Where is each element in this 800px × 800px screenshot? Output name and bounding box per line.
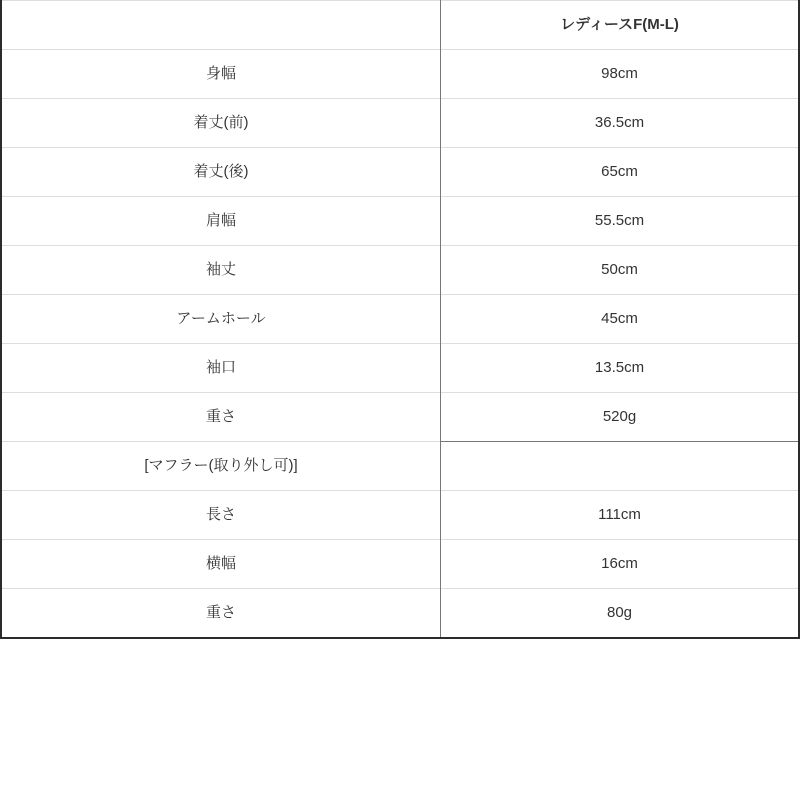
size-chart-page: レディースF(M-L) 身幅98cm着丈(前)36.5cm着丈(後)65cm肩幅… [0,0,800,639]
measurement-label: 袖口 [1,344,441,393]
measurement-value: 50cm [441,246,800,295]
measurement-value: 65cm [441,148,800,197]
measurement-label: 長さ [1,491,441,540]
measurement-value: 45cm [441,295,800,344]
measurement-label: 着丈(前) [1,99,441,148]
table-row: 長さ111cm [1,491,799,540]
measurement-value: 98cm [441,50,800,99]
table-row: 着丈(後)65cm [1,148,799,197]
size-spec-table: レディースF(M-L) 身幅98cm着丈(前)36.5cm着丈(後)65cm肩幅… [0,0,800,639]
measurement-value: 13.5cm [441,344,800,393]
table-row: アームホール45cm [1,295,799,344]
measurement-label: 着丈(後) [1,148,441,197]
measurement-value: 36.5cm [441,99,800,148]
measurement-label: 重さ [1,393,441,442]
table-row: 袖口13.5cm [1,344,799,393]
table-section-row: [マフラー(取り外し可)] [1,442,799,491]
measurement-label: 肩幅 [1,197,441,246]
measurement-label: 身幅 [1,50,441,99]
size-table-head: レディースF(M-L) [1,1,799,50]
table-row: 着丈(前)36.5cm [1,99,799,148]
measurement-label: [マフラー(取り外し可)] [1,442,441,491]
table-row: 身幅98cm [1,50,799,99]
measurement-value: 520g [441,393,800,442]
measurement-value: 55.5cm [441,197,800,246]
measurement-value: 111cm [441,491,800,540]
header-size-cell: レディースF(M-L) [441,1,800,50]
measurement-label: 袖丈 [1,246,441,295]
size-table-body: 身幅98cm着丈(前)36.5cm着丈(後)65cm肩幅55.5cm袖丈50cm… [1,50,799,638]
table-row: 重さ520g [1,393,799,442]
table-header-row: レディースF(M-L) [1,1,799,50]
table-row: 重さ80g [1,589,799,638]
header-empty-cell [1,1,441,50]
measurement-value: 16cm [441,540,800,589]
measurement-value [441,442,800,491]
table-row: 肩幅55.5cm [1,197,799,246]
measurement-label: 横幅 [1,540,441,589]
measurement-value: 80g [441,589,800,638]
measurement-label: アームホール [1,295,441,344]
table-row: 袖丈50cm [1,246,799,295]
table-row: 横幅16cm [1,540,799,589]
measurement-label: 重さ [1,589,441,638]
